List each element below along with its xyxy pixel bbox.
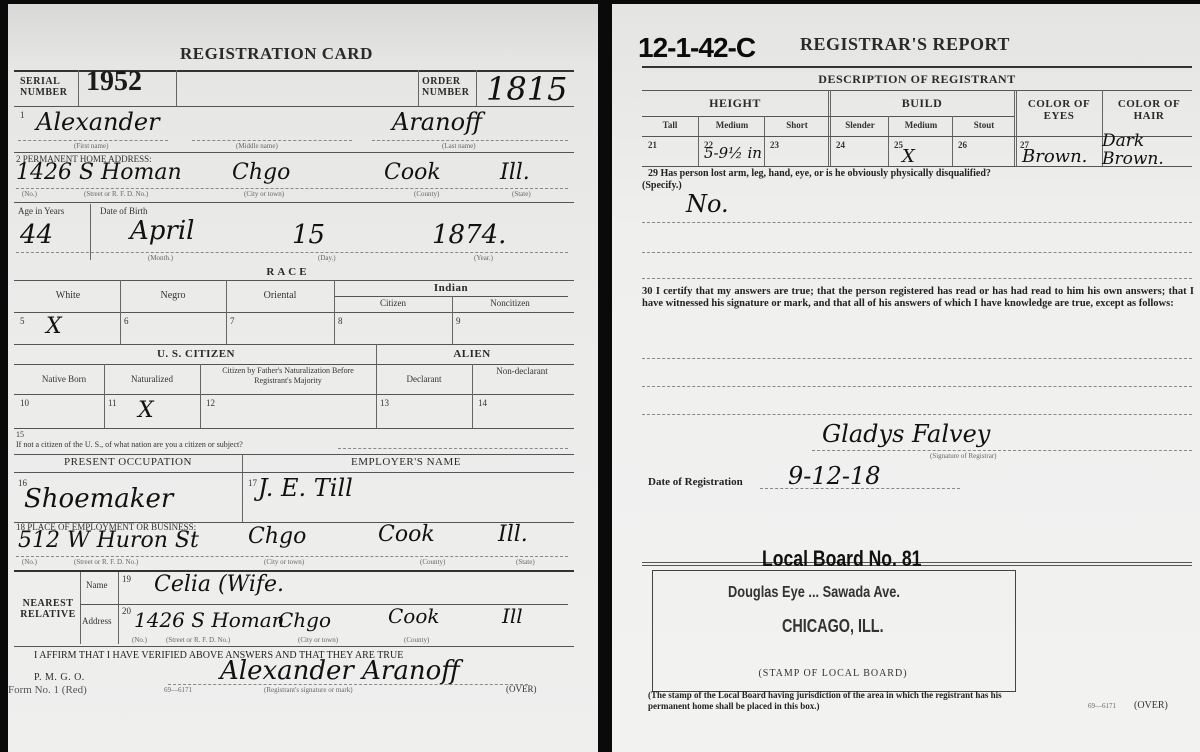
employment-street: 512 W Huron St [18,528,199,553]
addr-state-label: (State) [512,190,531,198]
build-slender-label: Slender [832,120,888,130]
nearest-relative-label: NEAREST RELATIVE [16,598,80,620]
description-header: DESCRIPTION OF REGISTRANT [642,72,1192,87]
employment-state: Ill. [498,522,528,547]
rel-street-label: (Street or R. F. D. No.) [166,636,230,644]
dob-day-label: (Day.) [318,254,336,262]
addr-no-label: (No.) [22,190,37,198]
employment-city: Chgo [248,524,306,549]
race-indian-noncitizen-label: Noncitizen [452,298,568,308]
naturalized-num: 11 [108,398,117,408]
relative-name-label: Name [86,580,108,590]
addr-county-label: (County) [414,190,439,198]
card-title: REGISTRATION CARD [180,44,373,64]
relative-street: 1426 S Homan [134,608,285,632]
first-name-label: (First name) [74,142,108,150]
relative-county: Cook [388,604,440,628]
race-header: RACE [8,266,568,278]
dob-day: 15 [292,220,325,250]
signature-label: (Registrant's signature or mark) [264,686,353,694]
race-negro-num: 6 [124,316,129,326]
father-naturalization-num: 12 [206,398,215,408]
native-born-num: 10 [20,398,29,408]
last-name: Aranoff [392,108,482,136]
eyes-value: Brown. [1022,146,1087,167]
back-over: (OVER) [1134,700,1168,711]
serial-label-line2: NUMBER [20,87,67,98]
occupation-value: Shoemaker [24,484,173,514]
rel-no-label: (No.) [132,636,147,644]
pmgo-label: P. M. G. O. [34,672,85,683]
order-number: 1815 [486,70,567,108]
q1-number: 1 [20,110,25,120]
indian-header: Indian [334,282,568,294]
emp-city-label: (City or town) [264,558,304,566]
dob-year: 1874. [432,220,506,250]
employer-header: EMPLOYER'S NAME [244,456,568,468]
build-stout-label: Stout [954,120,1014,130]
order-label: ORDER NUMBER [422,76,469,98]
declarant-label: Declarant [376,374,472,384]
height-medium-label: Medium [700,120,764,130]
form-number: Form No. 1 (Red) [8,684,87,696]
stamp-address: Douglas Eye ... Sawada Ave. [728,584,900,602]
last-name-label: (Last name) [442,142,476,150]
dob-month: April [130,216,194,246]
employment-county: Cook [378,522,435,547]
employer-value: J. E. Till [258,474,353,502]
registration-card-front: REGISTRATION CARD SERIAL NUMBER 1952 ORD… [8,4,598,752]
serial-label-line1: SERIAL [20,76,67,87]
dob-year-label: (Year.) [474,254,493,262]
registrars-report-back: 12-1-42-C REGISTRAR'S REPORT DESCRIPTION… [612,4,1200,752]
serial-number: 1952 [86,66,142,98]
build-medium-mark: X [902,146,915,167]
nondeclarant-label: Non-declarant [484,366,560,377]
report-code: 12-1-42-C [638,32,755,64]
home-county: Cook [384,160,441,185]
dob-label: Date of Birth [100,206,148,216]
build-header: BUILD [830,96,1014,111]
race-white-mark: X [46,314,62,339]
q19-number: 19 [122,574,131,584]
eyes-header: COLOR OF EYES [1016,98,1102,122]
nondeclarant-num: 14 [478,398,487,408]
addr-street-label: (Street or R. F. D. No.) [84,190,148,198]
naturalized-mark: X [138,398,154,423]
q15-number: 15 [16,430,24,439]
race-negro-label: Negro [120,290,226,301]
registration-date-label: Date of Registration [648,476,743,488]
occupation-header: PRESENT OCCUPATION [16,456,240,468]
registrar-signature: Gladys Falvey [822,420,990,448]
height-header: HEIGHT [642,96,828,111]
emp-no-label: (No.) [22,558,37,566]
q23-number: 23 [770,140,779,150]
q17-number: 17 [248,478,257,488]
alien-header: ALIEN [376,348,568,360]
hair-header: COLOR OF HAIR [1104,98,1194,122]
relative-address-label: Address [82,616,112,626]
addr-city-label: (City or town) [244,190,284,198]
stamp-local-board: Local Board No. 81 [762,546,921,572]
race-white-num: 5 [20,316,25,326]
emp-county-label: (County) [420,558,445,566]
order-label-line1: ORDER [422,76,469,87]
order-label-line2: NUMBER [422,87,469,98]
race-oriental-num: 7 [230,316,235,326]
home-state: Ill. [500,160,530,185]
rel-county-label: (County) [404,636,429,644]
stamp-caption: (STAMP OF LOCAL BOARD) [652,668,1014,679]
rel-city-label: (City or town) [298,636,338,644]
back-print-code: 69—6171 [1088,702,1116,710]
q21-number: 21 [648,140,657,150]
age-label: Age in Years [18,206,64,216]
emp-state-label: (State) [516,558,535,566]
age-value: 44 [20,220,53,250]
q30-certify-text: 30 I certify that my answers are true; t… [642,286,1194,310]
race-noncitizen-num: 9 [456,316,461,326]
dob-month-label: (Month.) [148,254,173,262]
middle-name-label: (Middle name) [236,142,278,150]
stamp-note: (The stamp of the Local Board having jur… [648,690,1028,712]
native-born-label: Native Born [16,374,112,384]
height-medium-value: 5-9½ in [704,144,762,162]
q20-number: 20 [122,606,131,616]
q29-answer: No. [686,190,729,218]
q15-label: If not a citizen of the U. S., of what n… [16,440,243,449]
q29-specify: (Specify.) [642,180,682,191]
registrar-signature-label: (Signature of Registrar) [930,452,996,460]
us-citizen-header: U. S. CITIZEN [16,348,376,360]
home-city: Chgo [232,160,290,185]
stamp-city: CHICAGO, ILL. [782,616,884,637]
registrant-signature: Alexander Aranoff [220,656,460,686]
serial-label: SERIAL NUMBER [20,76,67,98]
q26-number: 26 [958,140,967,150]
build-medium-label: Medium [890,120,952,130]
declarant-num: 13 [380,398,389,408]
father-naturalization-label: Citizen by Father's Naturalization Befor… [204,366,372,386]
race-oriental-label: Oriental [226,290,334,301]
naturalized-label: Naturalized [104,374,200,384]
front-print-code: 69—6171 [164,686,192,694]
relative-name: Celia (Wife. [154,572,284,597]
relative-state: Ill [502,604,523,628]
q29-text: 29 Has person lost arm, leg, hand, eye, … [648,168,991,179]
home-street: 1426 S Homan [16,160,182,185]
front-over: (OVER) [506,684,537,694]
registration-date-value: 9-12-18 [788,462,881,490]
race-indian-citizen-label: Citizen [334,298,452,308]
race-white-label: White [16,290,120,301]
height-tall-label: Tall [642,120,698,130]
report-title: REGISTRAR'S REPORT [800,34,1010,55]
q24-number: 24 [836,140,845,150]
hair-value: Dark Brown. [1102,132,1192,168]
relative-city: Chgo [278,608,331,632]
first-name: Alexander [36,108,160,136]
emp-street-label: (Street or R. F. D. No.) [74,558,138,566]
height-short-label: Short [766,120,828,130]
race-citizen-num: 8 [338,316,343,326]
